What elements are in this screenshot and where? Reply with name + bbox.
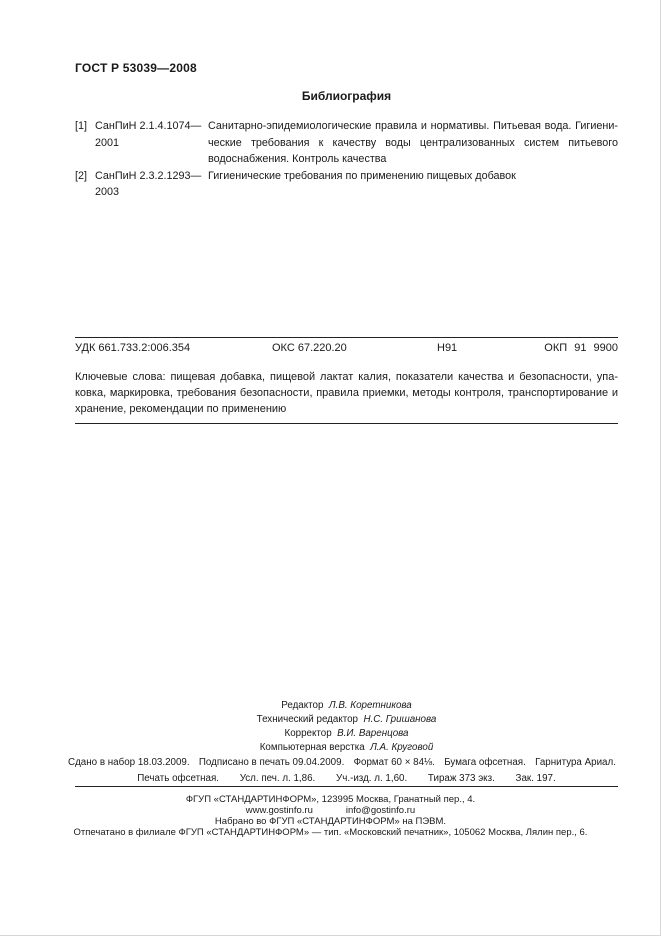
ref-number: [2]	[75, 168, 95, 201]
credit-role: Технический редактор	[257, 714, 358, 725]
keywords-paragraph: Ключевые слова: пищевая добавка, пищевой…	[75, 369, 618, 417]
bibliography-entry: [2] СанПиН 2.3.2.1293—2003 Гигиенические…	[75, 168, 618, 201]
section-title: Библиография	[75, 89, 618, 103]
divider-rule	[75, 337, 618, 338]
imprint-line-2: Печать офсетная. Усл. печ. л. 1,86. Уч.-…	[75, 773, 618, 784]
bibliography-list: [1] СанПиН 2.1.4.1074—2001 Санитарно-эпи…	[75, 118, 618, 201]
doc-code: ГОСТ Р 53039—2008	[75, 61, 197, 75]
divider-rule	[75, 786, 618, 787]
credit-role: Корректор	[284, 728, 331, 739]
credit-name: Л.А. Круговой	[370, 742, 433, 753]
credit-role: Редактор	[281, 700, 323, 711]
standard-code: СанПиН 2.1.4.1074—2001	[95, 118, 208, 168]
standard-code: СанПиН 2.3.2.1293—2003	[95, 168, 208, 201]
entry-description: Гигиенические требования по применению п…	[208, 168, 618, 201]
imprint-segment: Зак. 197.	[516, 773, 556, 784]
document-page: ГОСТ Р 53039—2008 Библиография [1] СанПи…	[0, 0, 661, 936]
publisher-website: www.gostinfo.ru	[246, 805, 313, 816]
credit-line: Редактор Л.В. Коретникова	[75, 699, 618, 713]
credit-line: Технический редактор Н.С. Гришанова	[75, 713, 618, 727]
udk-code: УДК 661.733.2:006.354	[75, 342, 190, 354]
credit-name: В.И. Варенцова	[337, 728, 408, 739]
imprint-segment: Уч.-изд. л. 1,60.	[336, 773, 407, 784]
imprint-line-1: Сдано в набор 18.03.2009. Подписано в пе…	[68, 757, 616, 768]
classification-row: УДК 661.733.2:006.354 ОКС 67.220.20 Н91 …	[0, 342, 661, 356]
catalog-index: Н91	[437, 342, 457, 354]
credit-line: Компьютерная верстка Л.А. Круговой	[75, 741, 618, 755]
imprint-segment: Усл. печ. л. 1,86.	[240, 773, 316, 784]
publisher-block: ФГУП «СТАНДАРТИНФОРМ», 123995 Москва, Гр…	[59, 794, 602, 838]
imprint-segment: Бумага офсетная.	[444, 757, 526, 768]
imprint-segment: Сдано в набор 18.03.2009.	[68, 757, 190, 768]
okp-code: ОКП 91 9900	[544, 342, 618, 354]
credits-block: Редактор Л.В. Коретникова Технический ре…	[75, 699, 618, 755]
publisher-contacts: www.gostinfo.ruinfo@gostinfo.ru	[59, 805, 602, 816]
imprint-segment: Формат 60 × 84⅛.	[354, 757, 435, 768]
printed-note: Отпечатано в филиале ФГУП «СТАНДАРТИНФОР…	[59, 827, 602, 838]
ref-number: [1]	[75, 118, 95, 168]
bibliography-entry: [1] СанПиН 2.1.4.1074—2001 Санитарно-эпи…	[75, 118, 618, 168]
imprint-segment: Тираж 373 экз.	[428, 773, 495, 784]
publisher-email: info@gostinfo.ru	[346, 805, 415, 816]
imprint-segment: Печать офсетная.	[137, 773, 219, 784]
credit-role: Компьютерная верстка	[260, 742, 365, 753]
imprint-segment: Гарнитура Ариал.	[535, 757, 616, 768]
divider-rule	[75, 423, 618, 424]
typeset-note: Набрано во ФГУП «СТАНДАРТИНФОРМ» на ПЭВМ…	[59, 816, 602, 827]
entry-description: Санитарно-эпидемиологические правила и н…	[208, 118, 618, 168]
credit-line: Корректор В.И. Варенцова	[75, 727, 618, 741]
credit-name: Н.С. Гришанова	[363, 714, 436, 725]
publisher-address: ФГУП «СТАНДАРТИНФОРМ», 123995 Москва, Гр…	[59, 794, 602, 805]
credit-name: Л.В. Коретникова	[329, 700, 412, 711]
imprint-segment: Подписано в печать 09.04.2009.	[199, 757, 344, 768]
oks-code: ОКС 67.220.20	[272, 342, 347, 354]
